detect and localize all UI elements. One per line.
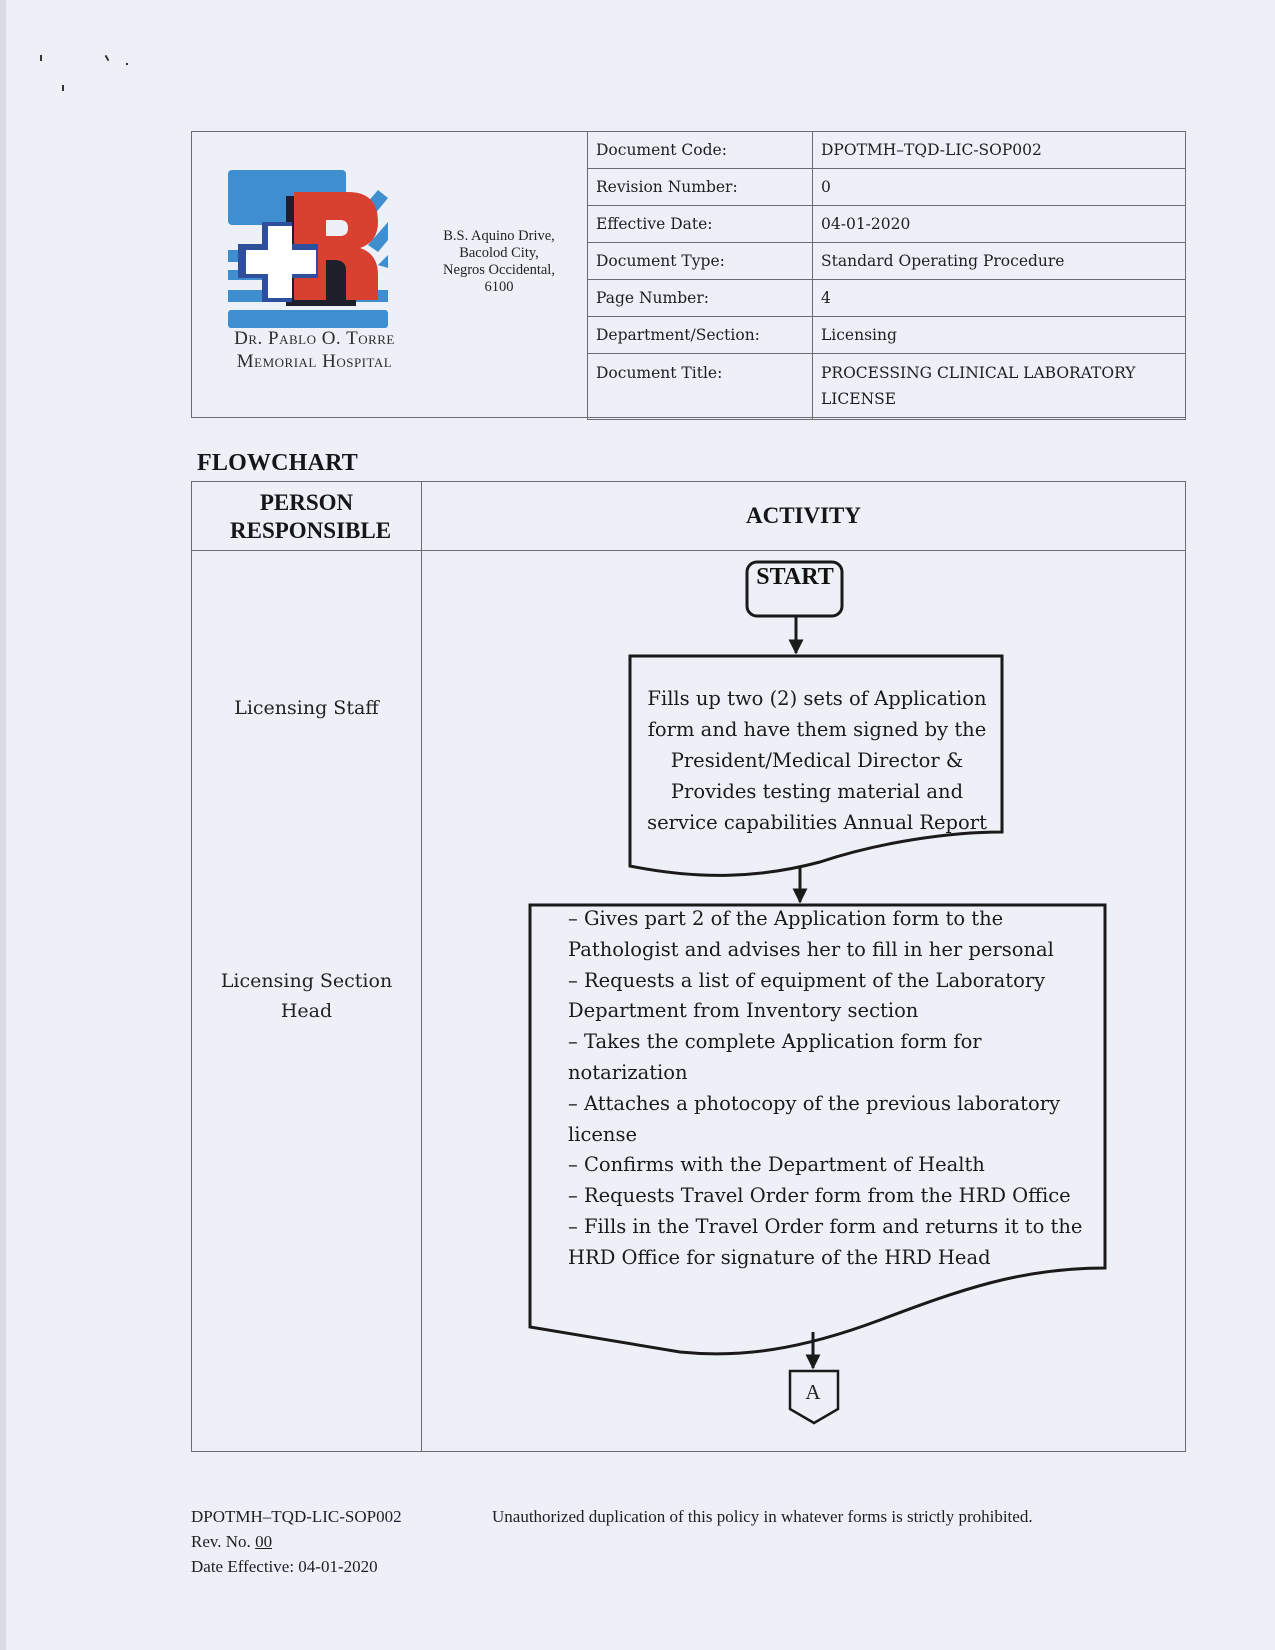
step2-line: – Requests a list of equipment of the La…: [568, 966, 1108, 997]
step1-line: Provides testing material and: [632, 776, 1002, 807]
step2-line: Department from Inventory section: [568, 996, 1108, 1027]
step2-text: – Gives part 2 of the Application form t…: [568, 904, 1108, 1274]
footer-rev-prefix: Rev. No.: [191, 1532, 255, 1551]
footer-rev-value: 00: [255, 1532, 272, 1551]
step2-line: Pathologist and advises her to fill in h…: [568, 935, 1108, 966]
step2-line: – Confirms with the Department of Health: [568, 1150, 1108, 1181]
step2-line: – Requests Travel Order form from the HR…: [568, 1181, 1108, 1212]
step1-line: service capabilities Annual Report: [632, 807, 1002, 838]
footer-notice: Unauthorized duplication of this policy …: [492, 1504, 1033, 1529]
footer-date-effective: Date Effective: 04-01-2020: [191, 1554, 402, 1579]
step2-line: HRD Office for signature of the HRD Head: [568, 1243, 1108, 1274]
step2-line: – Attaches a photocopy of the previous l…: [568, 1089, 1108, 1120]
step1-text: Fills up two (2) sets of Application for…: [632, 683, 1002, 838]
step2-line: license: [568, 1120, 1108, 1151]
footer-doc-info: DPOTMH–TQD-LIC-SOP002 Rev. No. 00 Date E…: [191, 1504, 402, 1579]
footer-doc-code: DPOTMH–TQD-LIC-SOP002: [191, 1504, 402, 1529]
step1-line: form and have them signed by the: [632, 714, 1002, 745]
footer-revision: Rev. No. 00: [191, 1529, 402, 1554]
step2-line: – Gives part 2 of the Application form t…: [568, 904, 1108, 935]
step2-line: – Fills in the Travel Order form and ret…: [568, 1212, 1108, 1243]
step2-line: – Takes the complete Application form fo…: [568, 1027, 1108, 1058]
start-label: START: [749, 564, 841, 591]
step2-line: notarization: [568, 1058, 1108, 1089]
connector-label: A: [790, 1380, 836, 1405]
step1-line: President/Medical Director &: [632, 745, 1002, 776]
step1-line: Fills up two (2) sets of Application: [632, 683, 1002, 714]
